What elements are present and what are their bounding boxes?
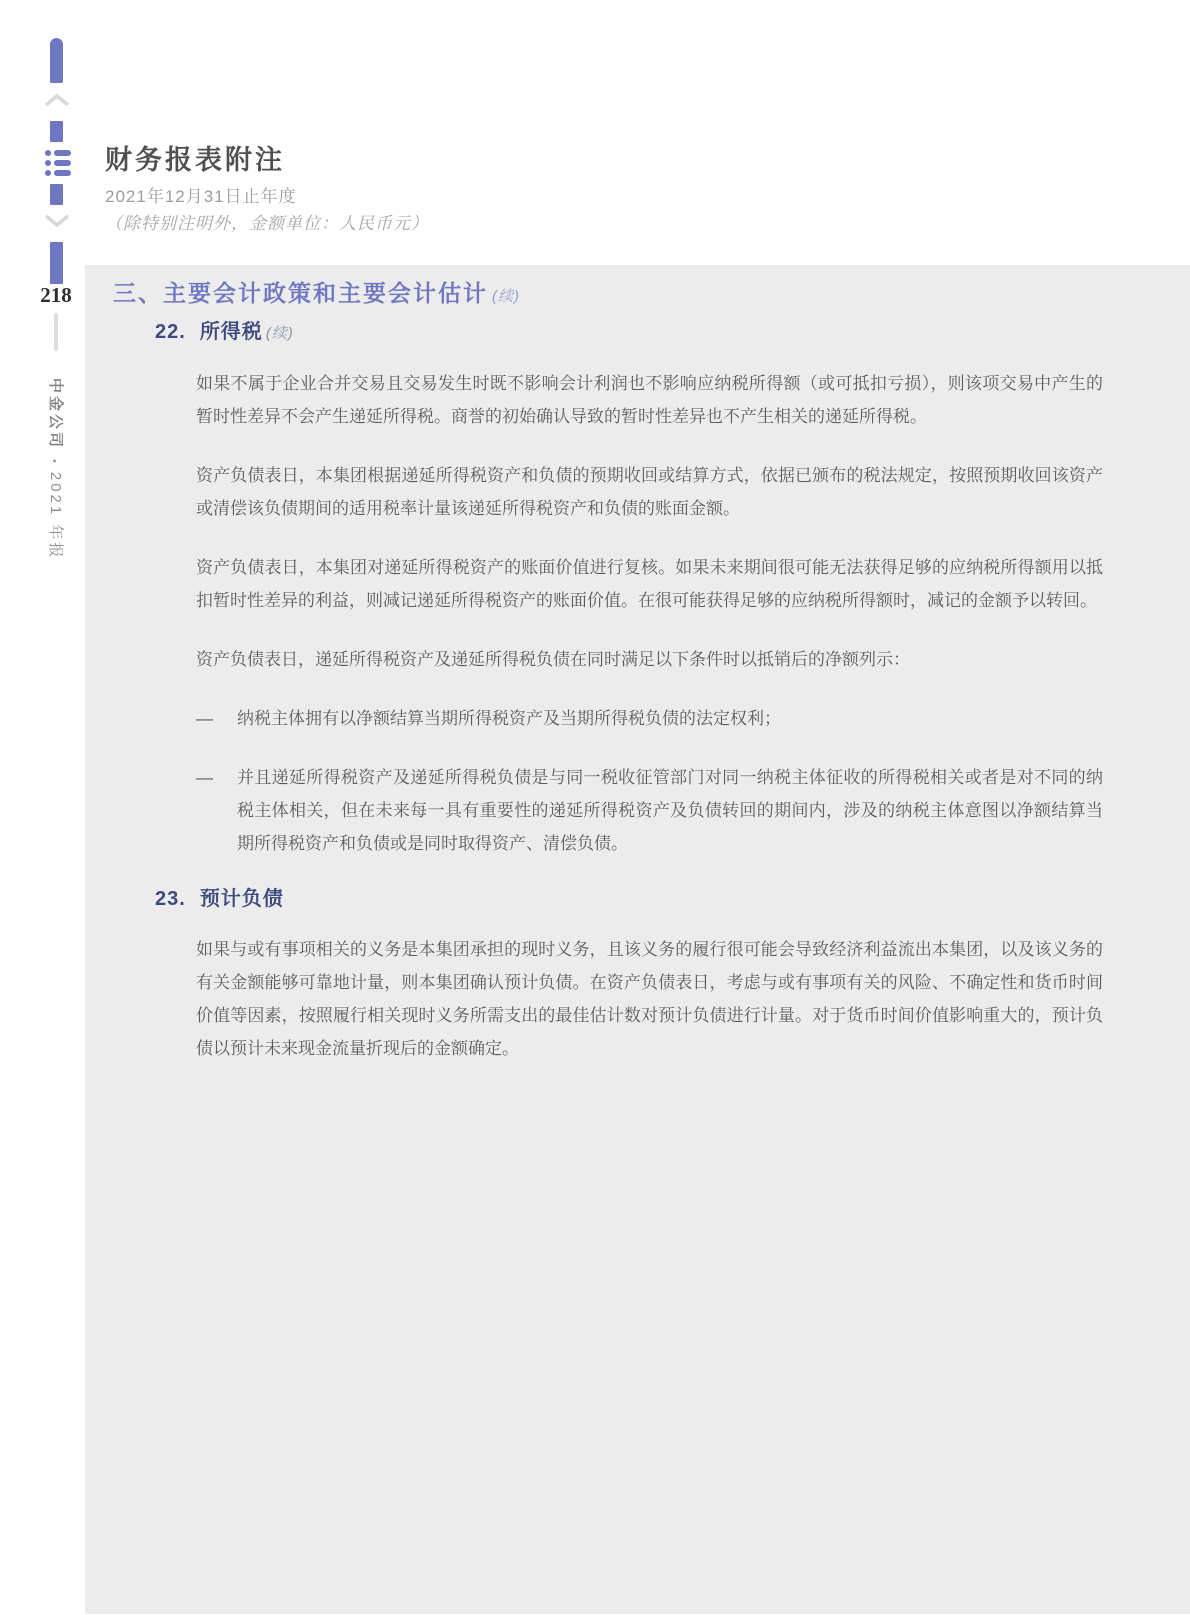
section-continued-tag: (续): [492, 288, 520, 305]
subsection-22-heading: 22.所得税(续): [155, 319, 1103, 347]
decorative-square-lower: [50, 184, 63, 205]
bullet-dash: —: [196, 702, 237, 735]
chevron-down-icon: [43, 212, 71, 229]
paragraph: 如果与或有事项相关的义务是本集团承担的现时义务，且该义务的履行很可能会导致经济利…: [196, 933, 1103, 1065]
paragraph: 资产负债表日，本集团对递延所得税资产的账面价值进行复核。如果未来期间很可能无法获…: [196, 551, 1103, 617]
paragraph: 如果不属于企业合并交易且交易发生时既不影响会计利润也不影响应纳税所得额（或可抵扣…: [196, 367, 1103, 433]
decorative-bar-bottom: [50, 242, 63, 284]
toc-list-icon: [45, 150, 71, 176]
subsection-23-number: 23.: [155, 888, 186, 910]
paragraph: 资产负债表日，本集团根据递延所得税资产和负债的预期收回或结算方式，依据已颁布的税…: [196, 459, 1103, 525]
report-page: 218 中金公司•2021 年报 财务报表附注 2021年12月31日止年度 （…: [0, 0, 1190, 1615]
chevron-up-icon: [43, 92, 71, 109]
page-number: 218: [34, 283, 78, 308]
content-panel: 三、主要会计政策和主要会计估计(续) 22.所得税(续) 如果不属于企业合并交易…: [85, 265, 1190, 1614]
spine-text: 中金公司•2021 年报: [46, 378, 67, 560]
paragraph: 资产负债表日，递延所得税资产及递延所得税负债在同时满足以下条件时以抵销后的净额列…: [196, 643, 1103, 676]
spine-edition: 2021 年报: [47, 472, 64, 561]
subsection-22-continued-tag: (续): [266, 325, 294, 342]
decorative-square-upper: [50, 121, 63, 142]
subsection-22-title: 所得税: [200, 321, 263, 343]
spine-company-name: 中金公司: [47, 378, 64, 450]
spine-separator-dot: •: [48, 459, 60, 463]
list-item: — 纳税主体拥有以净额结算当期所得税资产及当期所得税负债的法定权利；: [196, 702, 1103, 735]
document-title: 财务报表附注: [105, 138, 285, 177]
section-title: 主要会计政策和主要会计估计: [163, 280, 488, 306]
currency-unit-note: （除特别注明外，金额单位：人民币元）: [105, 209, 429, 234]
list-item: — 并且递延所得税资产及递延所得税负债是与同一税收征管部门对同一纳税主体征收的所…: [196, 761, 1103, 860]
decorative-bar-top: [50, 38, 63, 83]
subsection-23-heading: 23.预计负债: [155, 886, 1103, 913]
section-heading: 三、主要会计政策和主要会计估计(续): [113, 279, 1103, 311]
list-item-text: 纳税主体拥有以净额结算当期所得税资产及当期所得税负债的法定权利；: [237, 702, 1103, 735]
subsection-23-title: 预计负债: [200, 888, 284, 910]
bullet-dash: —: [196, 761, 237, 860]
section-label: 三、: [113, 280, 163, 306]
page-number-divider: [54, 313, 58, 351]
subsection-22-number: 22.: [155, 321, 186, 343]
list-item-text: 并且递延所得税资产及递延所得税负债是与同一税收征管部门对同一纳税主体征收的所得税…: [237, 761, 1103, 860]
reporting-period: 2021年12月31日止年度: [105, 182, 297, 207]
